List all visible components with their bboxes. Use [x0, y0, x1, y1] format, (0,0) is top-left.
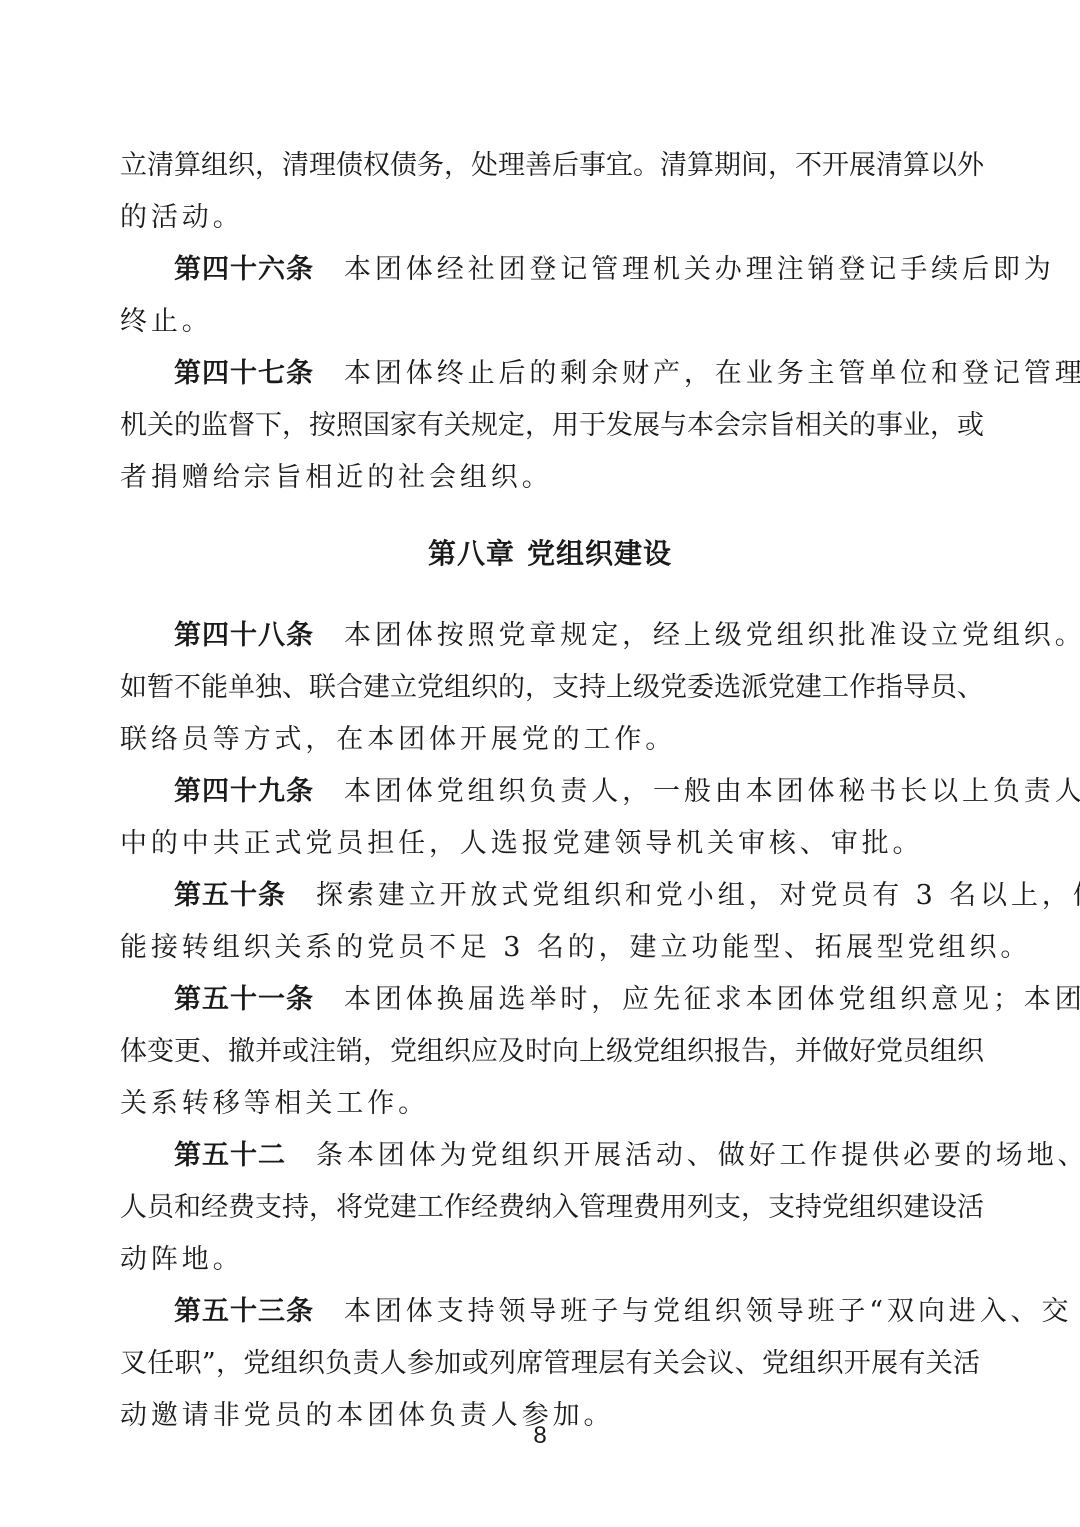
- article-text: 本团体党组织负责人，一般由本团体秘书长以上负责人: [344, 776, 1080, 807]
- article-51: 第五十一条本团体换届选举时，应先征求本团体党组织意见；本团: [120, 974, 980, 1026]
- paragraph-line: 人员和经费支持，将党建工作经费纳入管理费用列支，支持党组织建设活: [120, 1182, 980, 1234]
- paragraph-line: 立清算组织，清理债权债务，处理善后事宜。清算期间，不开展清算以外: [120, 140, 980, 192]
- article-50: 第五十条探索建立开放式党组织和党小组，对党员有 3 名以上，但: [120, 870, 980, 922]
- paragraph-line: 联络员等方式，在本团体开展党的工作。: [120, 714, 980, 766]
- paragraph-line: 关系转移等相关工作。: [120, 1078, 980, 1130]
- article-text: 条本团体为党组织开展活动、做好工作提供必要的场地、: [316, 1140, 1080, 1171]
- article-text: 本团体经社团登记管理机关办理注销登记手续后即为: [344, 254, 1055, 285]
- paragraph-line: 终止。: [120, 296, 980, 348]
- article-text: 本团体终止后的剩余财产，在业务主管单位和登记管理: [344, 358, 1080, 389]
- paragraph-line: 体变更、撤并或注销，党组织应及时向上级党组织报告，并做好党员组织: [120, 1026, 980, 1078]
- paragraph-line: 者捐赠给宗旨相近的社会组织。: [120, 452, 980, 504]
- paragraph-line: 如暂不能单独、联合建立党组织的，支持上级党委选派党建工作指导员、: [120, 662, 980, 714]
- article-label: 第四十七条: [174, 358, 314, 389]
- chapter-heading: 第八章党组织建设: [120, 528, 980, 580]
- chapter-title: 党组织建设: [527, 537, 672, 570]
- article-label: 第四十九条: [174, 776, 314, 807]
- article-label: 第四十八条: [174, 620, 314, 651]
- article-label: 第四十六条: [174, 254, 314, 285]
- page-number: 8: [0, 1422, 1080, 1450]
- article-text: 本团体换届选举时，应先征求本团体党组织意见；本团: [344, 984, 1080, 1015]
- article-text: 本团体支持领导班子与党组织领导班子“双向进入、交: [344, 1296, 1072, 1327]
- paragraph-line: 机关的监督下，按照国家有关规定，用于发展与本会宗旨相关的事业，或: [120, 400, 980, 452]
- article-label: 第五十二: [174, 1140, 286, 1171]
- paragraph-line: 能接转组织关系的党员不足 3 名的，建立功能型、拓展型党组织。: [120, 922, 980, 974]
- paragraph-line: 动阵地。: [120, 1234, 980, 1286]
- paragraph-line: 中的中共正式党员担任，人选报党建领导机关审核、审批。: [120, 818, 980, 870]
- article-label: 第五十三条: [174, 1296, 314, 1327]
- article-label: 第五十条: [174, 880, 286, 911]
- article-49: 第四十九条本团体党组织负责人，一般由本团体秘书长以上负责人: [120, 766, 980, 818]
- article-text: 探索建立开放式党组织和党小组，对党员有 3 名以上，但: [316, 880, 1080, 911]
- article-53: 第五十三条本团体支持领导班子与党组织领导班子“双向进入、交: [120, 1286, 980, 1338]
- document-page-body: 立清算组织，清理债权债务，处理善后事宜。清算期间，不开展清算以外 的活动。 第四…: [120, 140, 980, 1442]
- article-48: 第四十八条本团体按照党章规定，经上级党组织批准设立党组织。: [120, 610, 980, 662]
- article-label: 第五十一条: [174, 984, 314, 1015]
- chapter-number: 第八章: [428, 537, 515, 570]
- article-46: 第四十六条本团体经社团登记管理机关办理注销登记手续后即为: [120, 244, 980, 296]
- article-text: 本团体按照党章规定，经上级党组织批准设立党组织。: [344, 620, 1080, 651]
- paragraph-line: 的活动。: [120, 192, 980, 244]
- paragraph-line: 叉任职”，党组织负责人参加或列席管理层有关会议、党组织开展有关活: [120, 1338, 980, 1390]
- article-52: 第五十二条本团体为党组织开展活动、做好工作提供必要的场地、: [120, 1130, 980, 1182]
- article-47: 第四十七条本团体终止后的剩余财产，在业务主管单位和登记管理: [120, 348, 980, 400]
